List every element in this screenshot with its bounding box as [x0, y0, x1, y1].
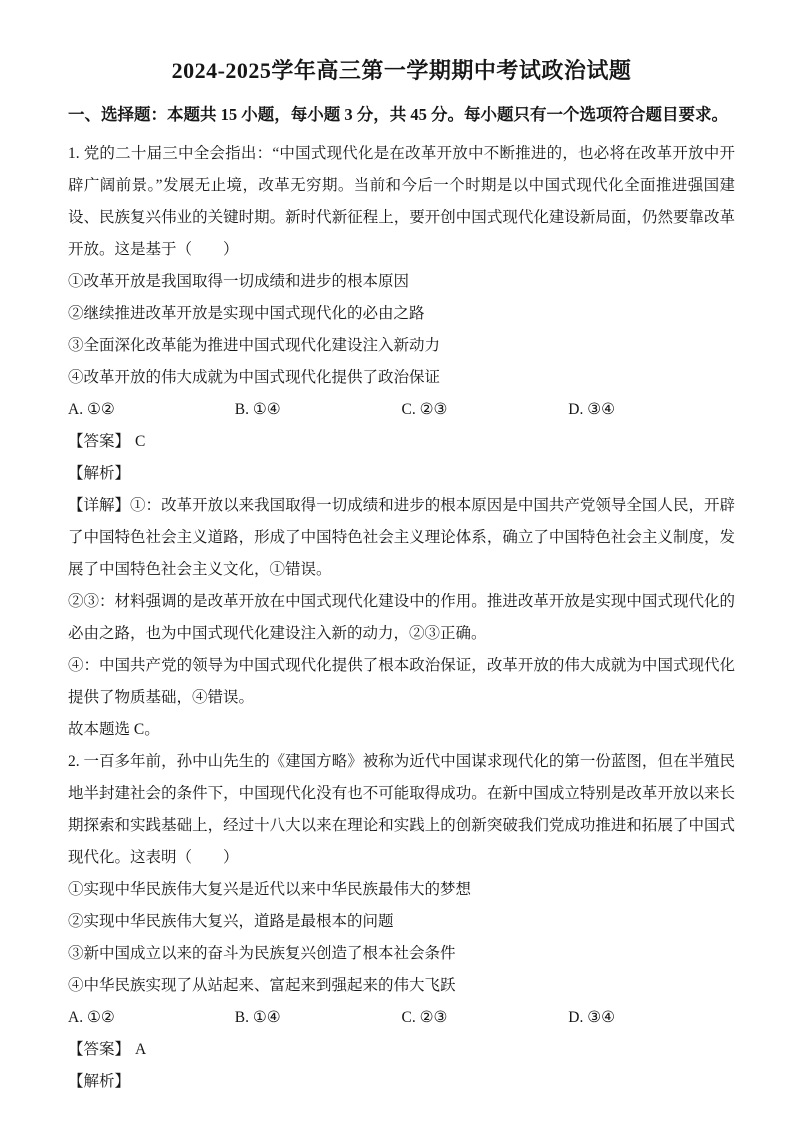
question-1-explanation-1: 【详解】①：改革开放以来我国取得一切成绩和进步的根本原因是中国共产党领导全国人民…	[68, 490, 735, 586]
question-2-option-d: D. ③④	[568, 1002, 735, 1034]
document-title: 2024-2025学年高三第一学期期中考试政治试题	[68, 56, 735, 86]
question-2-analysis-marker: 【解析】	[68, 1066, 735, 1098]
explanation-text: ①：改革开放以来我国取得一切成绩和进步的根本原因是中国共产党领导全国人民，开辟了…	[68, 497, 735, 578]
question-1-explanation-3: ④：中国共产党的领导为中国式现代化提供了根本政治保证，改革开放的伟大成就为中国式…	[68, 650, 735, 714]
question-1-item-1: ①改革开放是我国取得一切成绩和进步的根本原因	[68, 266, 735, 298]
question-1-item-3: ③全面深化改革能为推进中国式现代化建设注入新动力	[68, 330, 735, 362]
question-1-conclusion: 故本题选 C。	[68, 714, 735, 746]
question-2-option-a: A. ①②	[68, 1002, 235, 1034]
question-1-options-row: A. ①② B. ①④ C. ②③ D. ③④	[68, 394, 735, 426]
question-1-answer-value: C	[135, 433, 145, 450]
section-heading: 一、选择题：本题共 15 小题，每小题 3 分，共 45 分。每小题只有一个选项…	[68, 102, 735, 128]
question-2-option-b: B. ①④	[235, 1002, 402, 1034]
question-1-item-4: ④改革开放的伟大成就为中国式现代化提供了政治保证	[68, 362, 735, 394]
question-1-option-d: D. ③④	[568, 394, 735, 426]
question-1-item-2: ②继续推进改革开放是实现中国式现代化的必由之路	[68, 298, 735, 330]
question-2-item-3: ③新中国成立以来的奋斗为民族复兴创造了根本社会条件	[68, 938, 735, 970]
question-1-answer-line: 【答案】C	[68, 426, 735, 458]
question-2-options-row: A. ①② B. ①④ C. ②③ D. ③④	[68, 1002, 735, 1034]
question-2-item-2: ②实现中华民族伟大复兴，道路是最根本的问题	[68, 906, 735, 938]
question-1-analysis-marker: 【解析】	[68, 458, 735, 490]
question-1-option-a: A. ①②	[68, 394, 235, 426]
question-1-stem: 1. 党的二十届三中全会指出：“中国式现代化是在改革开放中不断推进的，也必将在改…	[68, 138, 735, 266]
exam-document-page: 2024-2025学年高三第一学期期中考试政治试题 一、选择题：本题共 15 小…	[0, 0, 800, 1131]
detail-marker: 【详解】	[68, 497, 130, 514]
question-2-item-1: ①实现中华民族伟大复兴是近代以来中华民族最伟大的梦想	[68, 874, 735, 906]
question-2-answer-line: 【答案】A	[68, 1034, 735, 1066]
question-2-option-c: C. ②③	[402, 1002, 569, 1034]
question-2: 2. 一百多年前，孙中山先生的《建国方略》被称为近代中国谋求现代化的第一份蓝图，…	[68, 746, 735, 1098]
answer-marker: 【答案】	[68, 1041, 130, 1058]
answer-marker: 【答案】	[68, 433, 130, 450]
question-2-stem: 2. 一百多年前，孙中山先生的《建国方略》被称为近代中国谋求现代化的第一份蓝图，…	[68, 746, 735, 874]
question-1: 1. 党的二十届三中全会指出：“中国式现代化是在改革开放中不断推进的，也必将在改…	[68, 138, 735, 746]
question-1-option-c: C. ②③	[402, 394, 569, 426]
question-1-explanation-2: ②③：材料强调的是改革开放在中国式现代化建设中的作用。推进改革开放是实现中国式现…	[68, 586, 735, 650]
question-1-option-b: B. ①④	[235, 394, 402, 426]
question-2-answer-value: A	[135, 1041, 146, 1058]
question-2-item-4: ④中华民族实现了从站起来、富起来到强起来的伟大飞跃	[68, 970, 735, 1002]
